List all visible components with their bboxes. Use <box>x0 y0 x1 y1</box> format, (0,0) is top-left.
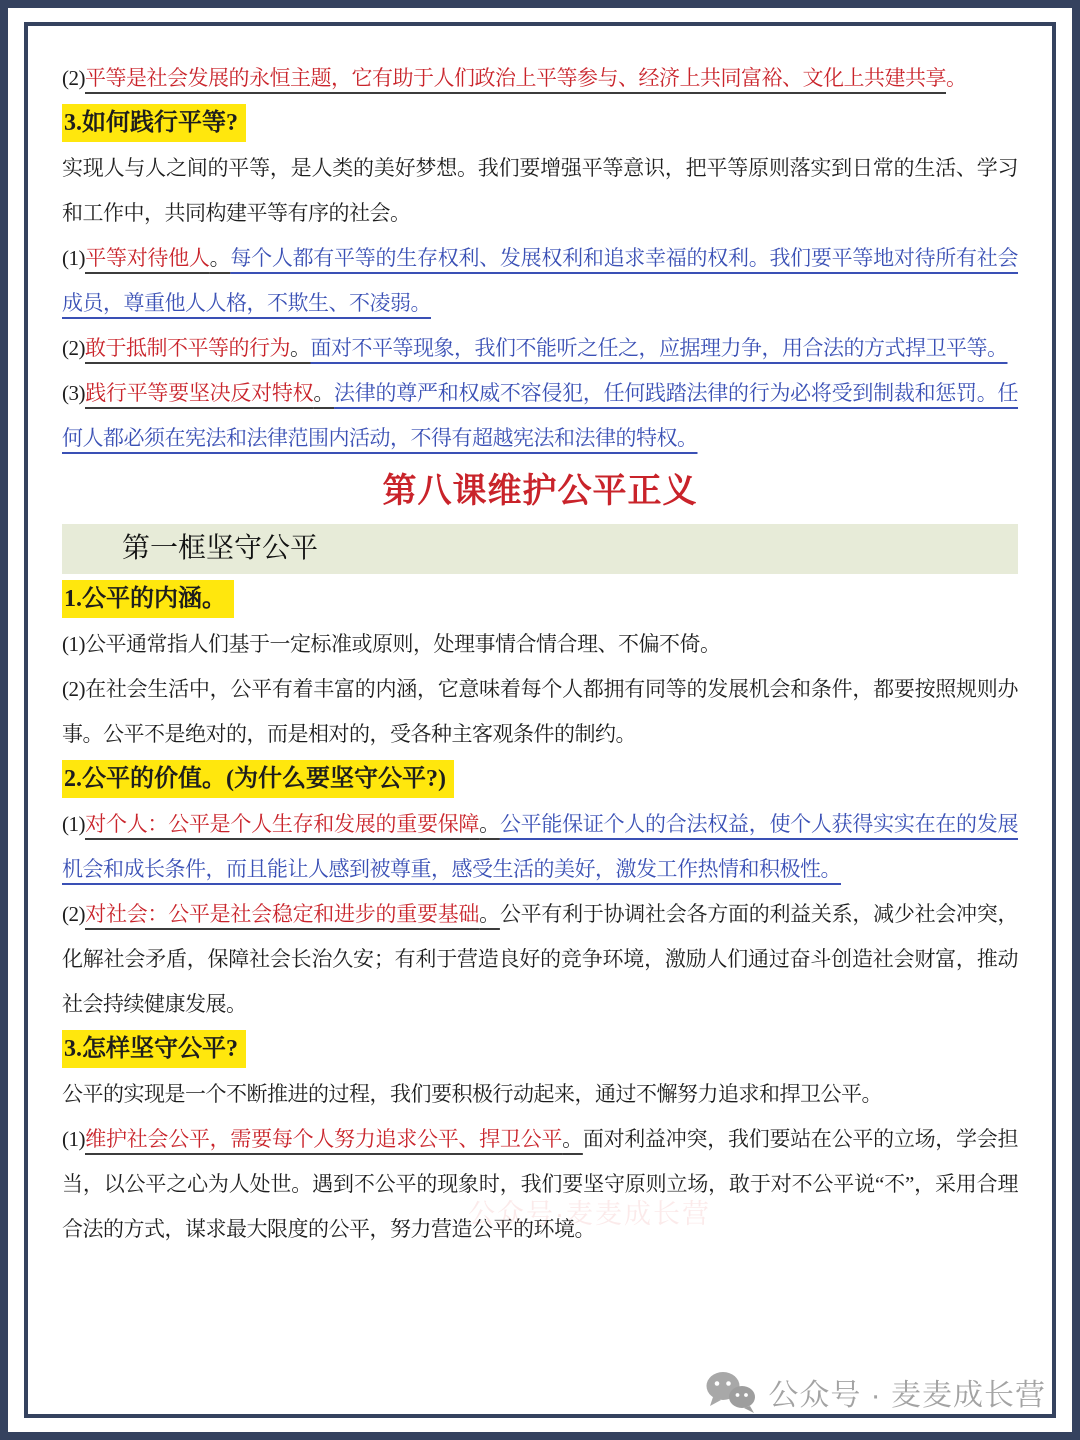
heading-line: 1.公平的内涵。 <box>62 577 1018 622</box>
text-segment: (1) <box>62 812 85 836</box>
paragraph: (2)敢于抵制不平等的行为。面对不平等现象，我们不能听之任之，应据理力争，用合法… <box>62 326 1018 371</box>
brand-label: 公众号 · 麦麦成长营 <box>768 1370 1046 1414</box>
text-segment: (3) <box>62 381 85 405</box>
heading-line: 3.怎样坚守公平? <box>62 1027 1018 1072</box>
text-segment: 。 <box>562 1127 583 1151</box>
text-segment: 实现人与人之间的平等，是人类的美好梦想。我们要增强平等意识，把平等原则落实到日常… <box>62 156 1018 225</box>
paragraph: 实现人与人之间的平等，是人类的美好梦想。我们要增强平等意识，把平等原则落实到日常… <box>62 146 1018 236</box>
text-segment: 维护社会公平，需要每个人努力追求公平、捍卫公平 <box>85 1127 562 1151</box>
paragraph: (1)对个人：公平是个人生存和发展的重要保障。公平能保证个人的合法权益，使个人获… <box>62 802 1018 892</box>
text-segment: (1) <box>62 1127 85 1151</box>
paragraph: (1)平等对待他人。每个人都有平等的生存权利、发展权利和追求幸福的权利。我们要平… <box>62 236 1018 326</box>
paragraph: (2)在社会生活中，公平有着丰富的内涵，它意味着每个人都拥有同等的发展机会和条件… <box>62 667 1018 757</box>
text-segment: 。 <box>479 902 500 926</box>
text-segment: 对个人：公平是个人生存和发展的重要保障 <box>85 812 479 836</box>
text-segment: 践行平等要坚决反对特权 <box>85 381 313 405</box>
text-segment: (2) <box>62 336 85 360</box>
text-segment: 。 <box>479 812 500 836</box>
paragraph: (1)维护社会公平，需要每个人努力追求公平、捍卫公平。面对利益冲突，我们要站在公… <box>62 1117 1018 1252</box>
text-segment: (1) <box>62 246 85 270</box>
text-segment: 。 <box>313 381 334 405</box>
text-segment: 。 <box>210 246 231 270</box>
section-header: 第一框坚守公平 <box>122 533 318 564</box>
paragraph: 公平的实现是一个不断推进的过程，我们要积极行动起来，通过不懈努力追求和捍卫公平。 <box>62 1072 1018 1117</box>
text-segment: 面对不平等现象，我们不能听之任之，应据理力争，用合法的方式捍卫平等。 <box>311 336 1008 360</box>
paragraph: (2)平等是社会发展的永恒主题，它有助于人们政治上平等参与、经济上共同富裕、文化… <box>62 56 1018 101</box>
paragraph: (1)公平通常指人们基于一定标准或原则，处理事情合情合理、不偏不倚。 <box>62 622 1018 667</box>
text-segment: 对社会：公平是社会稳定和进步的重要基础 <box>85 902 479 926</box>
highlighted-heading: 3.怎样坚守公平? <box>62 1030 246 1068</box>
heading-line: 2.公平的价值。(为什么要坚守公平?) <box>62 757 1018 802</box>
highlighted-heading: 1.公平的内涵。 <box>62 580 234 618</box>
heading-line: 3.如何践行平等? <box>62 101 1018 146</box>
text-segment: (1)公平通常指人们基于一定标准或原则，处理事情合情合理、不偏不倚。 <box>62 632 720 656</box>
text-segment: (2) <box>62 902 85 926</box>
chapter-title: 第八课维护公平正义 <box>62 463 1018 521</box>
paragraph: (2)对社会：公平是社会稳定和进步的重要基础。公平有利于协调社会各方面的利益关系… <box>62 892 1018 1027</box>
text-segment: 敢于抵制不平等的行为 <box>85 336 290 360</box>
text-segment: 平等对待他人 <box>85 246 210 270</box>
text-segment: 平等是社会发展的永恒主题，它有助于人们政治上平等参与、经济上共同富裕、文化上共建… <box>85 66 946 90</box>
text-segment: 。 <box>946 66 967 90</box>
text-segment: 。 <box>290 336 311 360</box>
highlighted-heading: 2.公平的价值。(为什么要坚守公平?) <box>62 760 454 798</box>
brand-watermark: 公众号 · 麦麦成长营 <box>704 1370 1046 1414</box>
paragraph: (3)践行平等要坚决反对特权。法律的尊严和权威不容侵犯，任何践踏法律的行为必将受… <box>62 371 1018 461</box>
text-segment: 公平的实现是一个不断推进的过程，我们要积极行动起来，通过不懈努力追求和捍卫公平。 <box>62 1082 882 1106</box>
section-header-band: 第一框坚守公平 <box>62 524 1018 574</box>
wechat-icon <box>704 1370 758 1414</box>
text-segment: (2) <box>62 66 85 90</box>
highlighted-heading: 3.如何践行平等? <box>62 104 246 142</box>
text-segment: (2)在社会生活中，公平有着丰富的内涵，它意味着每个人都拥有同等的发展机会和条件… <box>62 677 1018 746</box>
document-content: (2)平等是社会发展的永恒主题，它有助于人们政治上平等参与、经济上共同富裕、文化… <box>62 56 1018 1252</box>
